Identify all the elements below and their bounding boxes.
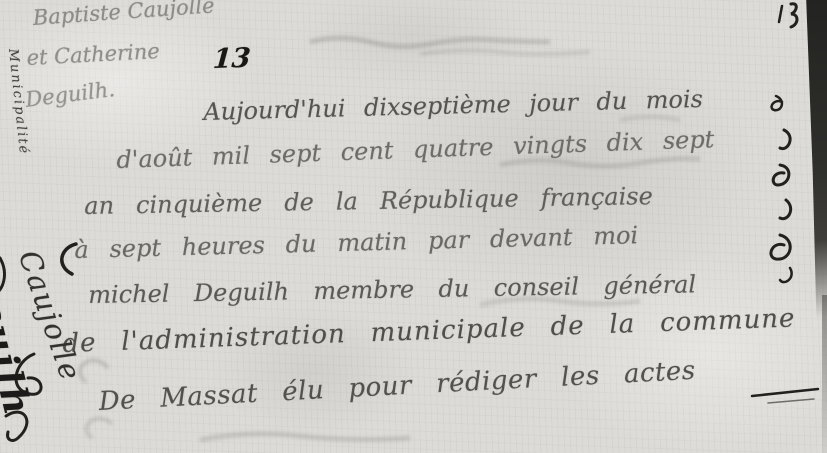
act-number: 13 bbox=[212, 43, 252, 75]
register-page-scan: Baptiste Caujolle et Catherine Deguilh. … bbox=[0, 0, 827, 453]
